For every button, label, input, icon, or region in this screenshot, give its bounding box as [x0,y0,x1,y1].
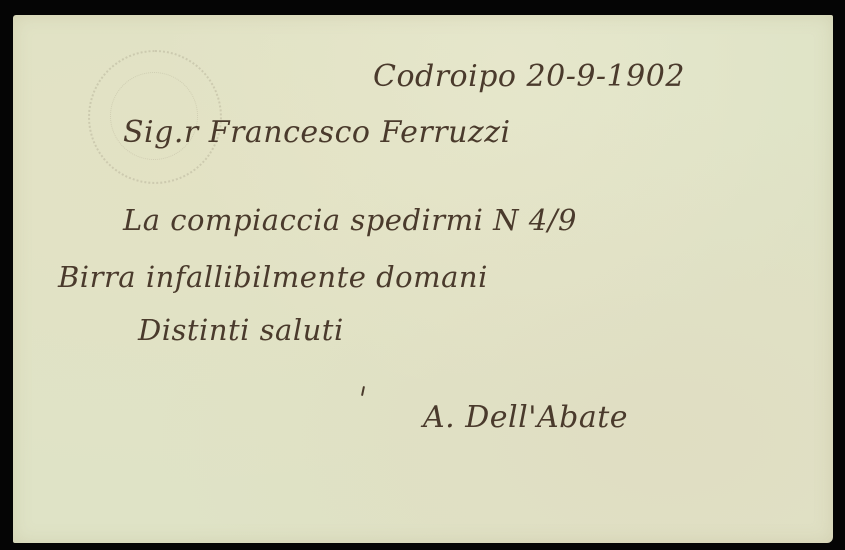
body-line-1: La compiaccia spedirmi N 4/9 [123,203,577,237]
signature: A. Dell'Abate [423,400,628,435]
body-line-3: Distinti saluti [138,313,344,347]
ink-mark [361,386,365,396]
salutation: Sig.r Francesco Ferruzzi [123,115,511,150]
place-and-date: Codroipo 20-9-1902 [373,59,685,94]
body-line-2: Birra infallibilmente domani [58,260,488,294]
postcard: Codroipo 20-9-1902 Sig.r Francesco Ferru… [13,15,833,543]
